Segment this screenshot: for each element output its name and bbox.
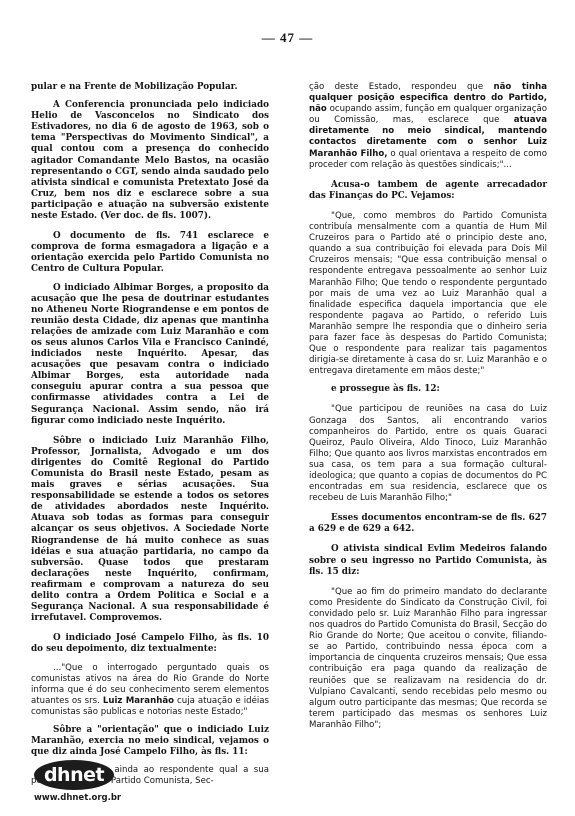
paragraph-agente-arrecadador: Acusa-o tambem de agente arrecadador das… [309, 180, 547, 202]
paragraph-conferencia: A Conferencia pronunciada pelo indiciado… [31, 100, 269, 222]
quote-reunioes: "Que participou de reuniões na casa do L… [309, 404, 547, 504]
paragraph-luiz-maranhao: Sôbre o indiciado Luiz Maranhão Filho, P… [31, 436, 269, 625]
quote-evlim: "Que ao fim do primeiro mandato do decla… [309, 587, 547, 731]
paragraph-documento-741: O documento de fls. 741 esclarece e comp… [31, 231, 269, 275]
left-column: pular e na Frente de Mobilização Popular… [31, 82, 269, 794]
logo-url: www.dhnet.org.br [34, 793, 114, 803]
paragraph-orientacao: Sôbre a "orientação" que o indiciado Lui… [31, 725, 269, 758]
right-column: ção deste Estado, respondeu que não tinh… [309, 82, 547, 738]
quote-campelo-fls-10: ..."Que o interrogado perguntado quais o… [31, 663, 269, 718]
quote-continuation: ção deste Estado, respondeu que não tinh… [309, 82, 547, 171]
paragraph-documentos: Esses documentos encontram-se de fls. 62… [309, 513, 547, 535]
dhnet-logo: dhnet www.dhnet.org.br [34, 760, 114, 803]
quote-text: ção deste Estado, respondeu que [309, 82, 493, 92]
paragraph-albimar-borges: O indiciado Albimar Borges, a proposito … [31, 283, 269, 427]
quote-text: ocupando assim, função em qualquer organ… [309, 104, 547, 125]
paragraph-prossegue: e prossegue às fls. 12: [309, 384, 547, 395]
paragraph-jose-campelo: O indiciado José Campelo Filho, às fls. … [31, 633, 269, 655]
quote-contribuicao: "Que, como membros do Partido Comunista … [309, 211, 547, 377]
page-number: — 47 — [0, 30, 575, 46]
logo-oval: dhnet [34, 760, 114, 790]
paragraph-evlim-medeiros: O ativista sindical Evlim Medeiros falan… [309, 544, 547, 577]
paragraph-continuation: pular e na Frente de Mobilização Popular… [31, 82, 269, 93]
quote-name-bold: Luiz Maranhão [103, 696, 174, 706]
